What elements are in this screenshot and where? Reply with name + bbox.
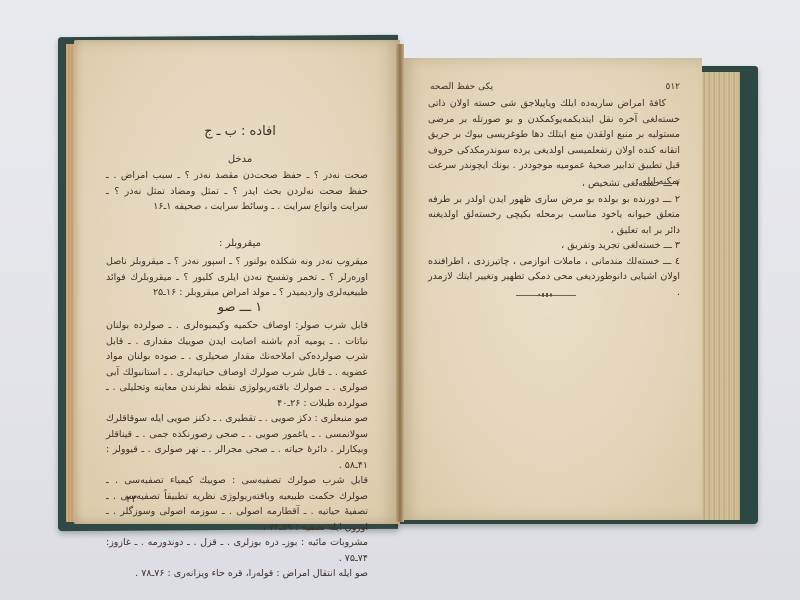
section-divider-ornament (516, 293, 576, 297)
list-item: ۲ ـــ دورنده بو بولده بو مرض ساری ظهور ا… (428, 192, 680, 239)
section-text-microbes: میقروب نه‌در ونه شکلده بولنور ؟ ـ اسپور … (106, 254, 368, 301)
right-page-header: ٥١٢ یکی حفظ الصحه (430, 80, 680, 96)
section-heading-microbes: میقروبلر : (140, 236, 340, 252)
section-heading-water: ۱ ـــ صو (140, 300, 340, 316)
section-heading-intro: مدخل (140, 152, 340, 168)
running-header: یکی حفظ الصحه (430, 80, 493, 96)
right-page-list: ۱ ـــ خسته‌لغی تشخیص ، ۲ ـــ دورنده بو ب… (428, 176, 680, 300)
list-item: ۳ ـــ خسته‌لغی تجرید وتفریق ، (428, 238, 680, 254)
list-item: ۱ ـــ خسته‌لغی تشخیص ، (428, 176, 680, 192)
section-text-intro: صحت نه‌در ؟ ـ حفظ صحت‌دن مقصد نه‌در ؟ ـ … (106, 168, 368, 215)
right-page-number: ٥١٢ (665, 80, 680, 96)
photo-scene: افاده : ب ـ ج مدخل صحت نه‌در ؟ ـ حفظ صحت… (0, 0, 800, 600)
section-text-water: قابل شرب صولر: اوصاف حکمیه وکیمیوه‌لری .… (106, 318, 368, 582)
chapter-title: افاده : ب ـ ج (140, 124, 340, 140)
left-page-number: ۲۳ (126, 492, 137, 508)
book-gutter (396, 44, 404, 522)
page-block-edge (700, 72, 740, 520)
